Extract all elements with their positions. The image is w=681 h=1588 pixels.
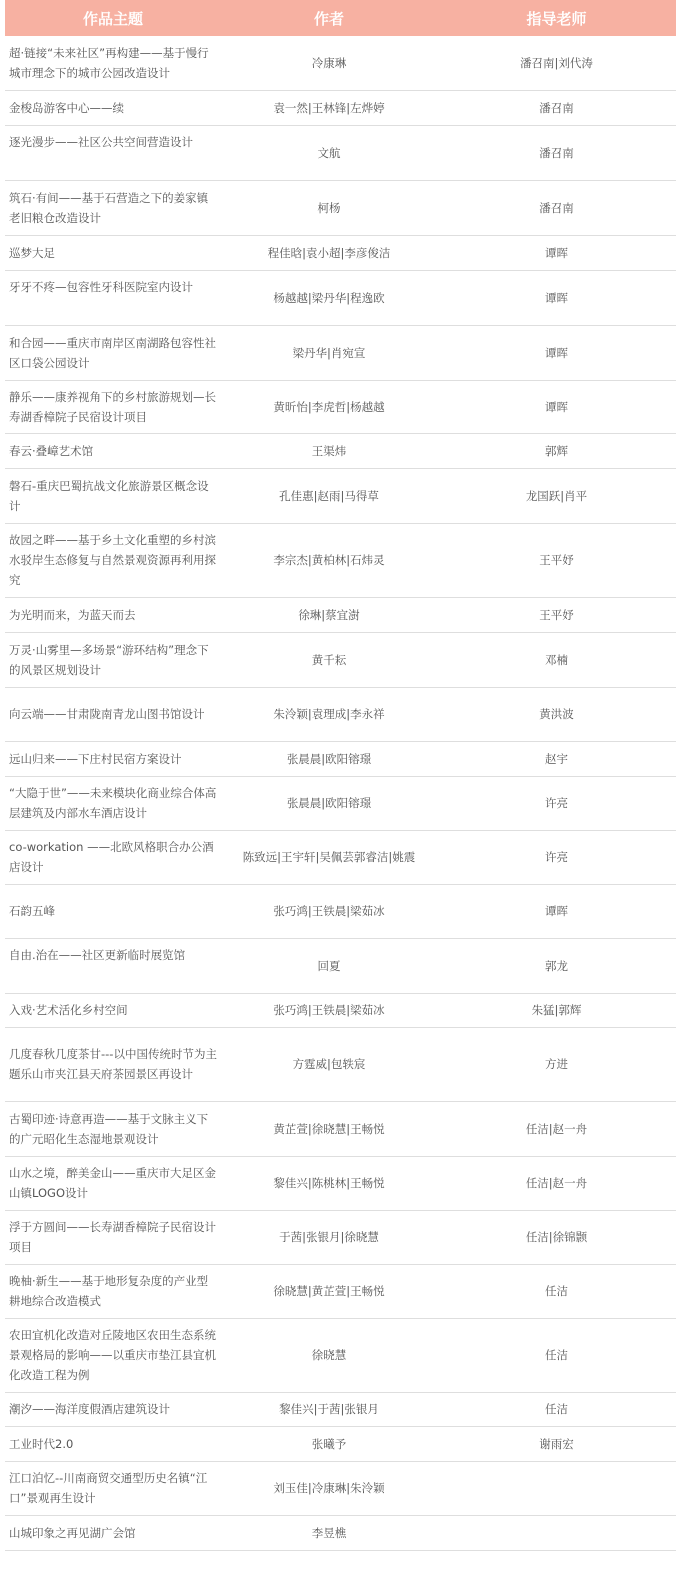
table-row: 巡梦大足程佳晗|袁小超|李彦俊洁谭晖	[5, 235, 676, 270]
authors-cell: 李昱樵	[221, 1515, 437, 1550]
authors-cell: 陈致远|王宇轩|吴佩芸郭睿洁|姚震	[221, 830, 437, 884]
table-row: 为光明而来，为蓝天而去徐琳|蔡宜澍王平妤	[5, 597, 676, 632]
advisor-cell: 任洁	[437, 1318, 676, 1392]
work-title-cell: 筑石·有间——基于石营造之下的姜家镇老旧粮仓改造设计	[5, 180, 221, 235]
advisor-cell: 潘召南	[437, 125, 676, 180]
table-body: 超·链接“未来社区”再构建——基于慢行城市理念下的城市公园改造设计冷康琳潘召南|…	[5, 36, 676, 1550]
authors-cell: 徐琳|蔡宜澍	[221, 597, 437, 632]
table-row: 山城印象之再见湖广会馆李昱樵	[5, 1515, 676, 1550]
table-row: 和合园——重庆市南岸区南湖路包容性社区口袋公园设计梁丹华|肖宛宣谭晖	[5, 325, 676, 380]
work-title-cell: 牙牙不疼—包容性牙科医院室内设计	[5, 270, 221, 325]
table-row: 远山归来——下庄村民宿方案设计张晨晨|欧阳镕璟赵宇	[5, 741, 676, 776]
work-title-cell: 自由.治在——社区更新临时展览馆	[5, 938, 221, 993]
work-title-cell: 和合园——重庆市南岸区南湖路包容性社区口袋公园设计	[5, 325, 221, 380]
authors-cell: 冷康琳	[221, 36, 437, 90]
authors-cell: 于茜|张银月|徐晓慧	[221, 1210, 437, 1264]
advisor-cell	[437, 1461, 676, 1515]
advisor-cell: 任洁|徐锦颢	[437, 1210, 676, 1264]
work-title-cell: co-workation ——北欧风格职合办公酒店设计	[5, 830, 221, 884]
table-row: 牙牙不疼—包容性牙科医院室内设计杨越越|梁丹华|程逸欧谭晖	[5, 270, 676, 325]
work-title-cell: 逐光漫步——社区公共空间营造设计	[5, 125, 221, 180]
work-title-cell: 春云·叠嶂艺术馆	[5, 433, 221, 468]
authors-cell: 方霆威|包轶宸	[221, 1027, 437, 1101]
table-row: co-workation ——北欧风格职合办公酒店设计陈致远|王宇轩|吴佩芸郭睿…	[5, 830, 676, 884]
advisor-cell: 邓楠	[437, 632, 676, 687]
authors-cell: 袁一然|王林锋|左烨婷	[221, 90, 437, 125]
work-title-cell: 金梭岛游客中心——续	[5, 90, 221, 125]
table-row: 自由.治在——社区更新临时展览馆回夏郭龙	[5, 938, 676, 993]
table-row: 静乐——康养视角下的乡村旅游规划—长寿湖香樟院子民宿设计项目黄昕怡|李虎哲|杨越…	[5, 380, 676, 433]
advisor-cell: 赵宇	[437, 741, 676, 776]
authors-cell: 张晨晨|欧阳镕璟	[221, 741, 437, 776]
table-row: 石韵五峰张巧鸿|王铁晨|梁茹冰谭晖	[5, 884, 676, 938]
header-advisor: 指导老师	[437, 0, 676, 36]
authors-cell: 黄千耘	[221, 632, 437, 687]
work-title-cell: 晚柚·新生——基于地形复杂度的产业型耕地综合改造模式	[5, 1264, 221, 1318]
work-title-cell: 潮汐——海洋度假酒店建筑设计	[5, 1392, 221, 1426]
advisor-cell: 任洁	[437, 1264, 676, 1318]
header-title: 作品主题	[5, 0, 221, 36]
authors-cell: 柯杨	[221, 180, 437, 235]
table-row: 农田宜机化改造对丘陵地区农田生态系统景观格局的影响——以重庆市垫江县宜机化改造工…	[5, 1318, 676, 1392]
table-row: 万灵·山雾里—多场景“游环结构”理念下的风景区规划设计黄千耘邓楠	[5, 632, 676, 687]
work-title-cell: 江口泊忆--川南商贸交通型历史名镇“江口”景观再生设计	[5, 1461, 221, 1515]
advisor-cell: 黄洪波	[437, 687, 676, 741]
table-row: 故园之畔——基于乡土文化重塑的乡村滨水驳岸生态修复与自然景观资源再利用探究李宗杰…	[5, 523, 676, 597]
table-row: 筑石·有间——基于石营造之下的姜家镇老旧粮仓改造设计柯杨潘召南	[5, 180, 676, 235]
work-title-cell: 磐石-重庆巴蜀抗战文化旅游景区概念设计	[5, 468, 221, 523]
work-title-cell: 浮于方圆间——长寿湖香樟院子民宿设计项目	[5, 1210, 221, 1264]
advisor-cell: 朱猛|郭辉	[437, 993, 676, 1027]
advisor-cell: 谢雨宏	[437, 1426, 676, 1461]
table-row: 潮汐——海洋度假酒店建筑设计黎佳兴|于茜|张银月任洁	[5, 1392, 676, 1426]
authors-cell: 孔佳惠|赵雨|马得草	[221, 468, 437, 523]
work-title-cell: 为光明而来，为蓝天而去	[5, 597, 221, 632]
work-title-cell: 农田宜机化改造对丘陵地区农田生态系统景观格局的影响——以重庆市垫江县宜机化改造工…	[5, 1318, 221, 1392]
authors-cell: 张曦予	[221, 1426, 437, 1461]
advisor-cell: 任洁|赵一舟	[437, 1156, 676, 1210]
authors-cell: 徐晓慧|黄芷萱|王畅悦	[221, 1264, 437, 1318]
advisor-cell: 潘召南|刘代涛	[437, 36, 676, 90]
authors-cell: 张巧鸿|王铁晨|梁茹冰	[221, 884, 437, 938]
table-row: 浮于方圆间——长寿湖香樟院子民宿设计项目于茜|张银月|徐晓慧任洁|徐锦颢	[5, 1210, 676, 1264]
work-title-cell: 几度春秋几度茶甘---以中国传统时节为主题乐山市夹江县天府茶园景区再设计	[5, 1027, 221, 1101]
table-row: 磐石-重庆巴蜀抗战文化旅游景区概念设计孔佳惠|赵雨|马得草龙国跃|肖平	[5, 468, 676, 523]
authors-cell: 杨越越|梁丹华|程逸欧	[221, 270, 437, 325]
header-row: 作品主题 作者 指导老师	[5, 0, 676, 36]
authors-cell: 张晨晨|欧阳镕璟	[221, 776, 437, 830]
authors-cell: 黄芷萱|徐晓慧|王畅悦	[221, 1101, 437, 1156]
advisor-cell: 谭晖	[437, 235, 676, 270]
advisor-cell: 任洁|赵一舟	[437, 1101, 676, 1156]
authors-cell: 徐晓慧	[221, 1318, 437, 1392]
authors-cell: 黎佳兴|陈桃林|王畅悦	[221, 1156, 437, 1210]
advisor-cell: 谭晖	[437, 325, 676, 380]
work-title-cell: 故园之畔——基于乡土文化重塑的乡村滨水驳岸生态修复与自然景观资源再利用探究	[5, 523, 221, 597]
authors-cell: 李宗杰|黄柏林|石炜灵	[221, 523, 437, 597]
table-row: 超·链接“未来社区”再构建——基于慢行城市理念下的城市公园改造设计冷康琳潘召南|…	[5, 36, 676, 90]
work-title-cell: 工业时代2.0	[5, 1426, 221, 1461]
authors-cell: 黄昕怡|李虎哲|杨越越	[221, 380, 437, 433]
work-title-cell: 石韵五峰	[5, 884, 221, 938]
table-row: 入戏·艺术活化乡村空间张巧鸿|王铁晨|梁茹冰朱猛|郭辉	[5, 993, 676, 1027]
authors-cell: 黎佳兴|于茜|张银月	[221, 1392, 437, 1426]
authors-cell: 刘玉佳|冷康琳|朱泠颖	[221, 1461, 437, 1515]
table-header: 作品主题 作者 指导老师	[5, 0, 676, 36]
advisor-cell: 王平妤	[437, 597, 676, 632]
work-title-cell: 超·链接“未来社区”再构建——基于慢行城市理念下的城市公园改造设计	[5, 36, 221, 90]
table-row: 江口泊忆--川南商贸交通型历史名镇“江口”景观再生设计刘玉佳|冷康琳|朱泠颖	[5, 1461, 676, 1515]
advisor-cell: 潘召南	[437, 90, 676, 125]
work-title-cell: 向云端——甘肃陇南青龙山图书馆设计	[5, 687, 221, 741]
table-row: “大隐于世”——未来模块化商业综合体高层建筑及内部水车酒店设计张晨晨|欧阳镕璟许…	[5, 776, 676, 830]
work-title-cell: 入戏·艺术活化乡村空间	[5, 993, 221, 1027]
work-title-cell: 山水之境，醉美金山——重庆市大足区金山镇LOGO设计	[5, 1156, 221, 1210]
advisor-cell	[437, 1515, 676, 1550]
table-row: 晚柚·新生——基于地形复杂度的产业型耕地综合改造模式徐晓慧|黄芷萱|王畅悦任洁	[5, 1264, 676, 1318]
advisor-cell: 郭辉	[437, 433, 676, 468]
table-row: 工业时代2.0张曦予谢雨宏	[5, 1426, 676, 1461]
works-table: 作品主题 作者 指导老师 超·链接“未来社区”再构建——基于慢行城市理念下的城市…	[5, 0, 676, 1551]
advisor-cell: 郭龙	[437, 938, 676, 993]
advisor-cell: 任洁	[437, 1392, 676, 1426]
work-title-cell: 古蜀印迹·诗意再造——基于文脉主义下的广元昭化生态湿地景观设计	[5, 1101, 221, 1156]
advisor-cell: 谭晖	[437, 884, 676, 938]
authors-cell: 王渠炜	[221, 433, 437, 468]
table-row: 春云·叠嶂艺术馆王渠炜郭辉	[5, 433, 676, 468]
table-row: 向云端——甘肃陇南青龙山图书馆设计朱泠颖|袁理成|李永祥黄洪波	[5, 687, 676, 741]
authors-cell: 回夏	[221, 938, 437, 993]
table-row: 古蜀印迹·诗意再造——基于文脉主义下的广元昭化生态湿地景观设计黄芷萱|徐晓慧|王…	[5, 1101, 676, 1156]
work-title-cell: 巡梦大足	[5, 235, 221, 270]
work-title-cell: “大隐于世”——未来模块化商业综合体高层建筑及内部水车酒店设计	[5, 776, 221, 830]
authors-cell: 张巧鸿|王铁晨|梁茹冰	[221, 993, 437, 1027]
header-authors: 作者	[221, 0, 437, 36]
advisor-cell: 谭晖	[437, 270, 676, 325]
advisor-cell: 方进	[437, 1027, 676, 1101]
advisor-cell: 谭晖	[437, 380, 676, 433]
work-title-cell: 远山归来——下庄村民宿方案设计	[5, 741, 221, 776]
advisor-cell: 王平妤	[437, 523, 676, 597]
authors-cell: 梁丹华|肖宛宣	[221, 325, 437, 380]
authors-cell: 朱泠颖|袁理成|李永祥	[221, 687, 437, 741]
advisor-cell: 许亮	[437, 830, 676, 884]
table-row: 金梭岛游客中心——续袁一然|王林锋|左烨婷潘召南	[5, 90, 676, 125]
work-title-cell: 万灵·山雾里—多场景“游环结构”理念下的风景区规划设计	[5, 632, 221, 687]
table-row: 山水之境，醉美金山——重庆市大足区金山镇LOGO设计黎佳兴|陈桃林|王畅悦任洁|…	[5, 1156, 676, 1210]
work-title-cell: 山城印象之再见湖广会馆	[5, 1515, 221, 1550]
advisor-cell: 许亮	[437, 776, 676, 830]
table-row: 几度春秋几度茶甘---以中国传统时节为主题乐山市夹江县天府茶园景区再设计方霆威|…	[5, 1027, 676, 1101]
advisor-cell: 龙国跃|肖平	[437, 468, 676, 523]
work-title-cell: 静乐——康养视角下的乡村旅游规划—长寿湖香樟院子民宿设计项目	[5, 380, 221, 433]
authors-cell: 程佳晗|袁小超|李彦俊洁	[221, 235, 437, 270]
advisor-cell: 潘召南	[437, 180, 676, 235]
table-row: 逐光漫步——社区公共空间营造设计文航潘召南	[5, 125, 676, 180]
authors-cell: 文航	[221, 125, 437, 180]
